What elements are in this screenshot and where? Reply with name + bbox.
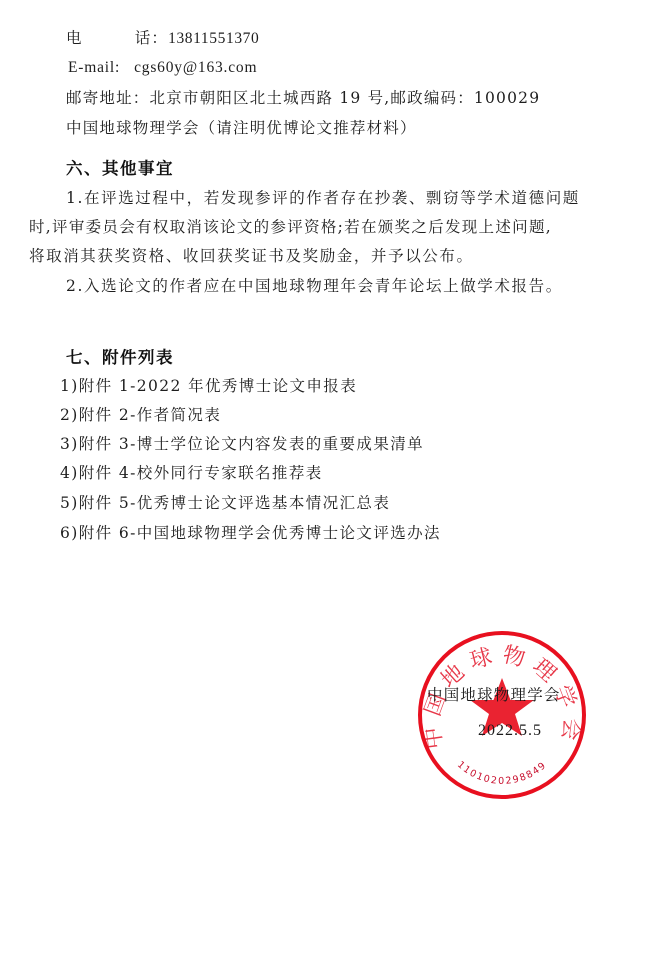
document-page: 电话：13811551370 E-mail: cgs60y@163.com 邮寄… <box>0 0 650 976</box>
official-seal: 中国地球物理学会 1101020298849 <box>414 628 590 802</box>
address-line: 邮寄地址：北京市朝阳区北土城西路 19 号,邮政编码：100029 <box>66 88 540 108</box>
attachment-item-3: 3)附件 3-博士学位论文内容发表的重要成果清单 <box>60 434 424 454</box>
section-6-item-1-line-3: 将取消其获奖资格、收回获奖证书及奖励金，并予以公布。 <box>29 244 474 268</box>
phone-label-char1: 电 <box>66 29 83 47</box>
seal-serial-number: 1101020298849 <box>455 759 549 787</box>
phone-label-char2: 话： <box>135 29 168 47</box>
phone-value: 13811551370 <box>168 30 259 47</box>
section-6-item-2: 2.入选论文的作者应在中国地球物理年会青年论坛上做学术报告。 <box>66 274 563 298</box>
seal-graphic: 中国地球物理学会 1101020298849 <box>414 628 590 802</box>
attachment-item-4: 4)附件 4-校外同行专家联名推荐表 <box>60 463 323 483</box>
address-value: 北京市朝阳区北土城西路 19 号,邮政编码：100029 <box>150 89 541 107</box>
attachment-item-6: 6)附件 6-中国地球物理学会优秀博士论文评选办法 <box>60 523 441 543</box>
email-line: E-mail: cgs60y@163.com <box>68 58 257 78</box>
phone-line: 电话：13811551370 <box>66 28 259 49</box>
attachment-item-5: 5)附件 5-优秀博士论文评选基本情况汇总表 <box>60 493 390 513</box>
email-label: E-mail: <box>68 59 120 76</box>
section-7-title: 七、附件列表 <box>66 347 174 369</box>
attachment-item-2: 2)附件 2-作者简况表 <box>60 405 221 425</box>
email-value: cgs60y@163.com <box>134 59 257 76</box>
recipient-line: 中国地球物理学会（请注明优博论文推荐材料） <box>66 118 417 138</box>
section-6-item-1-line-2: 时,评审委员会有权取消该论文的参评资格;若在颁奖之后发现上述问题, <box>29 215 552 239</box>
section-6-item-1-line-1: 1.在评选过程中，若发现参评的作者存在抄袭、剽窃等学术道德问题 <box>66 186 580 210</box>
section-6-title: 六、其他事宜 <box>66 158 174 180</box>
signature-date: 2022.5.5 <box>478 722 542 740</box>
attachment-item-1: 1)附件 1-2022 年优秀博士论文申报表 <box>60 376 357 396</box>
signature-organization: 中国地球物理学会 <box>427 683 561 705</box>
address-label: 邮寄地址： <box>66 89 150 107</box>
